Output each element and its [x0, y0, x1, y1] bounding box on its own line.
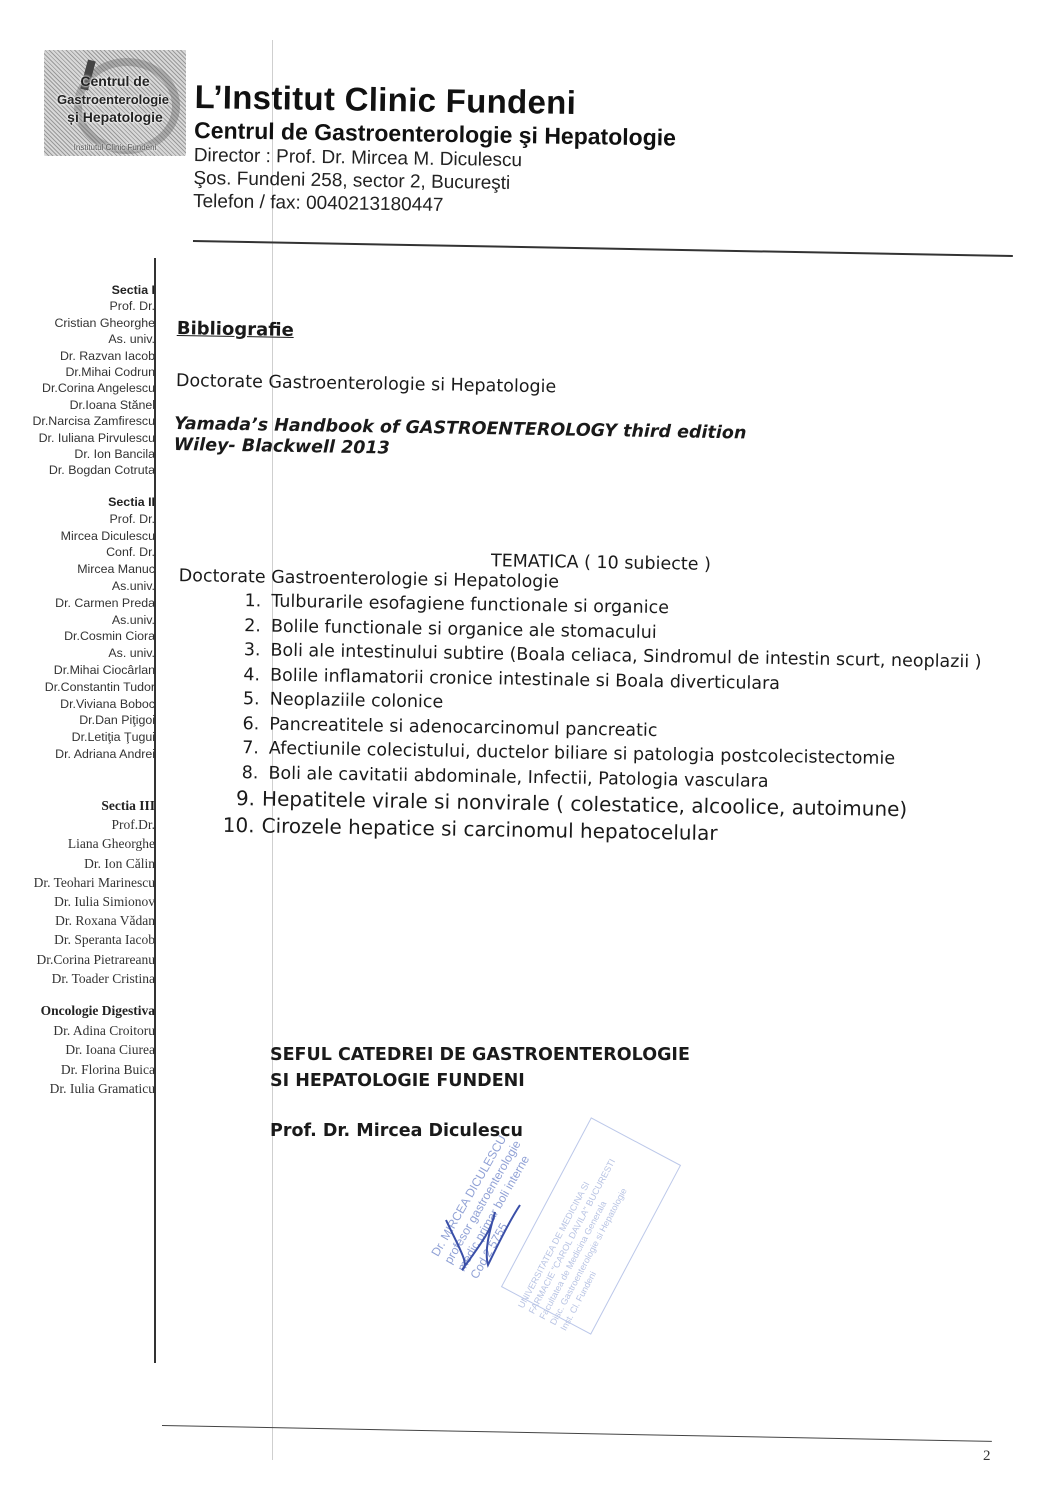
center-logo: Centrul de Gastroenterologie și Hepatolo…: [44, 50, 186, 156]
staff-line: Dr.Mihai Ciocârlan: [0, 662, 155, 679]
section-title: Sectia II: [0, 494, 155, 511]
staff-line: Dr.Ioana Stănel: [0, 397, 155, 413]
topic-number: 10.: [174, 811, 261, 839]
staff-line: Dr. Ioana Ciurea: [0, 1040, 155, 1060]
section-title: Oncologie Digestiva: [0, 1001, 155, 1021]
staff-line: Dr. Iuliana Pirvulescu: [0, 430, 155, 446]
staff-line: Dr. Speranta Iacob: [0, 930, 155, 949]
staff-line: Dr.Viviana Boboc: [0, 696, 155, 713]
staff-line: Dr.Constantin Tudor: [0, 679, 155, 696]
staff-line: Conf. Dr.: [0, 544, 155, 561]
staff-line: Dr.Corina Angelescu: [0, 380, 155, 396]
bibliography-heading: Bibliografie: [177, 318, 1016, 353]
letterhead: L’Institut Clinic Fundeni Centrul de Gas…: [193, 78, 677, 221]
staff-line: Dr. Adriana Andrei: [0, 746, 155, 763]
logo-text-line: Centrul de: [44, 74, 186, 89]
staff-line: Dr. Adina Croitoru: [0, 1021, 155, 1041]
staff-line: Dr. Teohari Marinescu: [0, 873, 155, 892]
logo-text-line: Gastroenterologie: [40, 92, 186, 107]
staff-line: As. univ.: [0, 331, 155, 347]
section-title: Sectia III: [0, 796, 155, 815]
staff-line: Dr.Mihai Codrun: [0, 364, 155, 380]
staff-line: Dr. Bogdan Cotruta: [0, 462, 155, 478]
staff-line: As.univ.: [0, 612, 155, 629]
signature-block: SEFUL CATEDREI DE GASTROENTEROLOGIE SI H…: [270, 1042, 690, 1141]
staff-line: Dr. Ion Călin: [0, 854, 155, 873]
staff-line: Dr. Roxana Vădan: [0, 911, 155, 930]
staff-section-2: Sectia II Prof. Dr. Mircea Diculescu Con…: [0, 494, 155, 763]
signature-role-line: SEFUL CATEDREI DE GASTROENTEROLOGIE: [270, 1042, 690, 1068]
staff-section-3: Sectia III Prof.Dr. Liana Gheorghe Dr. I…: [0, 796, 155, 988]
staff-line: Dr.Letiţia Ţugui: [0, 729, 155, 746]
bibliography-book: Yamada’s Handbook of GASTROENTEROLOGY th…: [174, 414, 1015, 470]
header-divider: [193, 240, 1013, 257]
staff-line: Dr. Florina Buica: [0, 1060, 155, 1080]
staff-section-1: Sectia I Prof. Dr. Cristian Gheorghe As.…: [0, 282, 155, 479]
page-number: 2: [983, 1448, 991, 1465]
topic-number: 9.: [175, 784, 262, 812]
bibliography-program: Doctorate Gastroenterologie si Hepatolog…: [176, 371, 1015, 405]
signature-role-line: SI HEPATOLOGIE FUNDENI: [270, 1068, 690, 1094]
staff-line: Cristian Gheorghe: [0, 315, 155, 331]
staff-line: Prof. Dr.: [0, 511, 155, 528]
staff-line: Liana Gheorghe: [0, 834, 155, 853]
topic-text: Neoplaziile colonice: [269, 688, 443, 715]
staff-section-oncology: Oncologie Digestiva Dr. Adina Croitoru D…: [0, 1001, 155, 1099]
section-title: Sectia I: [0, 282, 155, 298]
topic-number: 1.: [178, 588, 271, 614]
staff-line: As.univ.: [0, 578, 155, 595]
logo-text-line: Institutul Clinic Fundeni: [44, 140, 186, 155]
staff-line: Dr.Cosmin Ciora: [0, 628, 155, 645]
staff-line: Dr. Razvan Iacob: [0, 348, 155, 364]
staff-line: Dr. Iulia Simionov: [0, 892, 155, 911]
staff-line: Mircea Diculescu: [0, 528, 155, 545]
staff-line: Dr.Corina Pietrareanu: [0, 950, 155, 969]
staff-line: Dr. Iulia Gramaticu: [0, 1079, 155, 1099]
staff-line: Dr. Ion Bancila: [0, 446, 155, 462]
topic-number: 3.: [177, 637, 270, 663]
staff-line: Dr.Narcisa Zamfirescu: [0, 413, 155, 429]
footer-divider: [162, 1425, 992, 1442]
topic-number: 5.: [176, 686, 269, 712]
topic-number: 6.: [176, 711, 269, 737]
staff-line: Prof. Dr.: [0, 298, 155, 314]
staff-line: Dr. Toader Cristina: [0, 969, 155, 988]
staff-line: Dr.Dan Piţigoi: [0, 712, 155, 729]
staff-line: Dr. Carmen Preda: [0, 595, 155, 612]
topic-list: 1.Tulburarile esofagiene functionale si …: [174, 588, 1011, 852]
handwritten-signature: [440, 1190, 530, 1280]
staff-line: Prof.Dr.: [0, 815, 155, 834]
topic-number: 2.: [178, 613, 271, 639]
staff-line: Mircea Manuc: [0, 561, 155, 578]
topic-number: 4.: [177, 662, 270, 688]
document-page: Centrul de Gastroenterologie și Hepatolo…: [0, 0, 1058, 1497]
staff-line: As. univ.: [0, 645, 155, 662]
logo-text-line: și Hepatologie: [44, 110, 186, 125]
topic-number: 7.: [176, 735, 269, 761]
topic-number: 8.: [175, 760, 268, 786]
main-content: Bibliografie Doctorate Gastroenterologie…: [167, 318, 1016, 852]
